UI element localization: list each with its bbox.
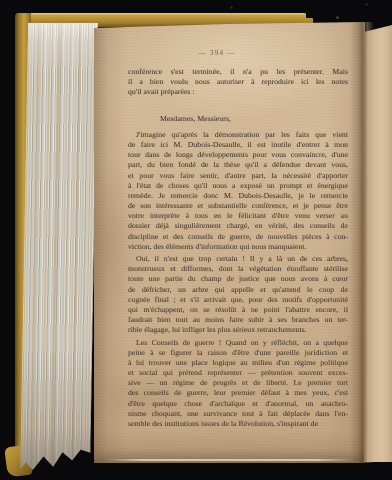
text-line: qui m'échappent, on se résolût à ne poin… <box>128 305 348 315</box>
text-line: monstrueux et difformes, dont la végétat… <box>128 264 348 274</box>
text-line: Oui, il n'est que trop certain ! Il y a … <box>128 254 348 264</box>
page-text: conférence s'est terminée, il n'a pu les… <box>128 67 348 431</box>
page-stack-edges <box>20 23 98 473</box>
text-line: qu'il avait préparées : <box>128 87 348 97</box>
paragraph: Les Conseils de guerre ! Quand on y réfl… <box>128 338 348 430</box>
text-line: à lui trouver une place logique au milie… <box>128 358 348 368</box>
text-line: toute une partie du champ de justice que… <box>128 274 348 284</box>
text-line: conférence s'est terminée, il n'a pu les… <box>128 67 348 77</box>
text-line: tour dans de longs développements pour v… <box>128 150 348 160</box>
text-line: viction, des éléments d'information qui … <box>128 242 348 252</box>
text-line: il a bien voulu nous autoriser à reprodu… <box>128 77 348 87</box>
text-line: peine à se figurer la raison d'être d'un… <box>128 348 348 358</box>
paragraph: Oui, il n'est que trop certain ! Il y a … <box>128 254 348 336</box>
text-line: discipline et des conseils de guerre, de… <box>128 232 348 242</box>
text-line: dossier déjà singulièrement chargé, en v… <box>128 221 348 231</box>
text-line: des conseils de guerre, leur premier déf… <box>128 388 348 398</box>
text-line: sive — un régime de progrès et de libert… <box>128 378 348 388</box>
paragraph: J'imagine qu'après la démonstration par … <box>128 130 348 252</box>
text-line: et pour vous faire sentir, d'autre part,… <box>128 171 348 181</box>
page-number: — 394 — <box>94 48 340 57</box>
text-line: votre interprète à tous en le félicitant… <box>128 211 348 221</box>
facing-page-edge <box>364 20 392 462</box>
text-line: remède. Je remercie donc M. Dubois-Desau… <box>128 191 348 201</box>
text-line: de son intéressante et substantielle con… <box>128 201 348 211</box>
text-line: de défricher, un arbre qui appelle et qu… <box>128 285 348 295</box>
text-line: rible élagage, lui infliger les plus sér… <box>128 325 348 335</box>
text-line: de faire ici M. Dubois-Desaulle, il est … <box>128 140 348 150</box>
dust-specks <box>0 0 1 1</box>
salutation: Mesdames, Messieurs, <box>128 114 348 124</box>
paragraph: conférence s'est terminée, il n'a pu les… <box>128 67 348 98</box>
book-scan: — 394 — conférence s'est terminée, il n'… <box>0 0 392 480</box>
text-line: Les Conseils de guerre ! Quand on y réfl… <box>128 338 348 348</box>
text-line: nisme choquant, une survivance tout à fa… <box>128 409 348 419</box>
text-line: semble des institutions issues de la Rév… <box>128 419 348 429</box>
text-line: part, du bien fondé de la thèse qu'il a … <box>128 160 348 170</box>
page-bottom-edge <box>105 459 355 461</box>
text-line: et social qui prétend représenter — prét… <box>128 368 348 378</box>
text-line: J'imagine qu'après la démonstration par … <box>128 130 348 140</box>
text-line: à l'état de choses qu'il nous a exposé u… <box>128 181 348 191</box>
text-line: d'être quelque chose d'archaïque et d'an… <box>128 399 348 409</box>
text-line: Mesdames, Messieurs, <box>160 114 348 124</box>
text-line: faudrait bien tout au moins faire subir … <box>128 315 348 325</box>
text-line: cognée final ; et s'il arrivait que, pou… <box>128 295 348 305</box>
